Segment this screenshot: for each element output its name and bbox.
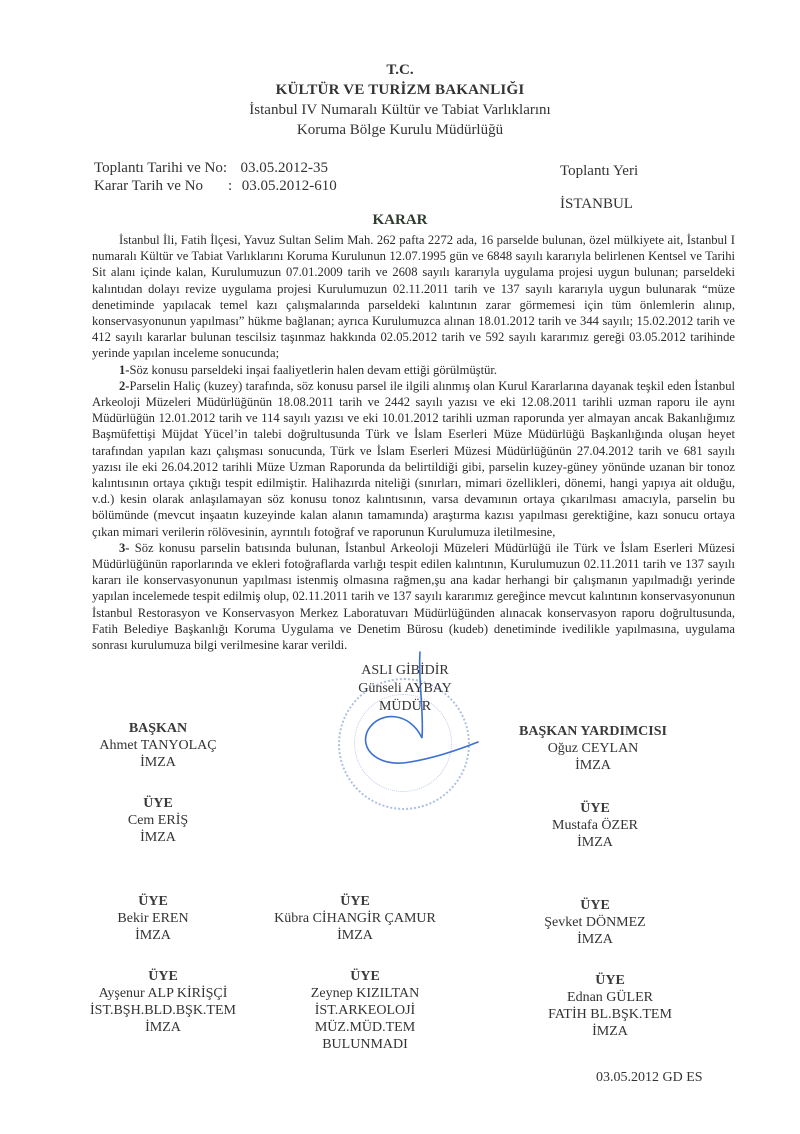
- decision-date-row: Karar Tarih ve No: 03.05.2012-610: [94, 178, 337, 195]
- document-reference-code: 03.05.2012 GD ES: [596, 1070, 703, 1086]
- meeting-date-value: 03.05.2012-35: [241, 160, 329, 176]
- decision-intro: İstanbul İli, Fatih İlçesi, Yavuz Sultan…: [92, 232, 735, 362]
- signatory-role: ÜYE: [520, 800, 670, 817]
- item-number: 1-: [119, 363, 130, 377]
- signatory-vice-chairman: BAŞKAN YARDIMCISI Oğuz CEYLAN İMZA: [508, 723, 678, 774]
- header-ministry: KÜLTÜR VE TURİZM BAKANLIĞI: [0, 82, 800, 99]
- signatory-member: ÜYE Ayşenur ALP KİRİŞÇİ İST.BŞH.BLD.BŞK.…: [78, 968, 248, 1036]
- signatory-role: ÜYE: [265, 968, 465, 985]
- signatory-status: İMZA: [530, 1023, 690, 1040]
- signatory-role: ÜYE: [260, 893, 450, 910]
- signatory-name: Kübra CİHANGİR ÇAMUR: [260, 910, 450, 927]
- signatory-affiliation: FATİH BL.BŞK.TEM: [530, 1006, 690, 1023]
- signatory-status: İMZA: [88, 829, 228, 846]
- header-state: T.C.: [0, 62, 800, 79]
- signatory-role: ÜYE: [78, 968, 248, 985]
- signatory-status: İMZA: [78, 1019, 248, 1036]
- signatory-name: Oğuz CEYLAN: [508, 740, 678, 757]
- decision-item-1: 1-Söz konusu parseldeki inşai faaliyetle…: [92, 362, 735, 378]
- signatory-role: ÜYE: [520, 897, 670, 914]
- signatory-role: ÜYE: [88, 795, 228, 812]
- signatory-name: Ednan GÜLER: [530, 989, 690, 1006]
- signatory-member: ÜYE Zeynep KIZILTAN İST.ARKEOLOJİ MÜZ.MÜ…: [265, 968, 465, 1053]
- signatory-role: ÜYE: [88, 893, 218, 910]
- certifier-title: MÜDÜR: [340, 698, 470, 715]
- signatory-name: Ayşenur ALP KİRİŞÇİ: [78, 985, 248, 1002]
- signatory-member: ÜYE Kübra CİHANGİR ÇAMUR İMZA: [260, 893, 450, 944]
- signatory-status: İMZA: [88, 754, 228, 771]
- signatory-status: İMZA: [520, 834, 670, 851]
- signatory-member: ÜYE Mustafa ÖZER İMZA: [520, 800, 670, 851]
- signatory-chairman: BAŞKAN Ahmet TANYOLAÇ İMZA: [88, 720, 228, 771]
- signatory-affiliation: İST.ARKEOLOJİ MÜZ.MÜD.TEM: [265, 1002, 465, 1036]
- signatory-role: BAŞKAN YARDIMCISI: [508, 723, 678, 740]
- meeting-date-label: Toplantı Tarihi ve No:: [94, 160, 227, 176]
- certified-copy-label: ASLI GİBİDİR: [340, 662, 470, 679]
- item-number: 3-: [119, 541, 130, 555]
- signatory-name: Şevket DÖNMEZ: [520, 914, 670, 931]
- signatory-member: ÜYE Bekir EREN İMZA: [88, 893, 218, 944]
- signatory-member: ÜYE Ednan GÜLER FATİH BL.BŞK.TEM İMZA: [530, 972, 690, 1040]
- decision-item-3: 3- Söz konusu parselin batısında bulunan…: [92, 540, 735, 653]
- signatory-role: ÜYE: [530, 972, 690, 989]
- meeting-place-value: İSTANBUL: [560, 196, 633, 213]
- header-board: İstanbul IV Numaralı Kültür ve Tabiat Va…: [0, 102, 800, 119]
- signatory-status: İMZA: [260, 927, 450, 944]
- signatory-status: İMZA: [520, 931, 670, 948]
- header-directorate: Koruma Bölge Kurulu Müdürlüğü: [0, 122, 800, 139]
- signatory-name: Mustafa ÖZER: [520, 817, 670, 834]
- item-text: Söz konusu parselin batısında bulunan, İ…: [92, 541, 735, 652]
- decision-item-2: 2-Parselin Haliç (kuzey) tarafında, söz …: [92, 378, 735, 540]
- signatory-name: Cem ERİŞ: [88, 812, 228, 829]
- meeting-date-row: Toplantı Tarihi ve No: 03.05.2012-35: [94, 160, 328, 177]
- decision-title: KARAR: [0, 212, 800, 229]
- signatory-name: Zeynep KIZILTAN: [265, 985, 465, 1002]
- signatory-role: BAŞKAN: [88, 720, 228, 737]
- signatory-status: BULUNMADI: [265, 1036, 465, 1053]
- item-text: Parselin Haliç (kuzey) tarafında, söz ko…: [92, 379, 735, 539]
- signatory-name: Bekir EREN: [88, 910, 218, 927]
- signatory-status: İMZA: [88, 927, 218, 944]
- decision-date-label: Karar Tarih ve No: [94, 178, 228, 195]
- decision-date-value: 03.05.2012-610: [242, 178, 337, 194]
- signatory-member: ÜYE Cem ERİŞ İMZA: [88, 795, 228, 846]
- signatory-name: Ahmet TANYOLAÇ: [88, 737, 228, 754]
- signatory-affiliation: İST.BŞH.BLD.BŞK.TEM: [78, 1002, 248, 1019]
- item-text: Söz konusu parseldeki inşai faaliyetleri…: [130, 363, 498, 377]
- signatory-status: İMZA: [508, 757, 678, 774]
- signatory-member: ÜYE Şevket DÖNMEZ İMZA: [520, 897, 670, 948]
- certifier-name: Günseli AYBAY: [340, 680, 470, 697]
- decision-body: İstanbul İli, Fatih İlçesi, Yavuz Sultan…: [92, 232, 735, 653]
- meeting-place-label: Toplantı Yeri: [560, 163, 638, 180]
- item-number: 2-: [119, 379, 130, 393]
- decision-date-separator: :: [228, 178, 238, 195]
